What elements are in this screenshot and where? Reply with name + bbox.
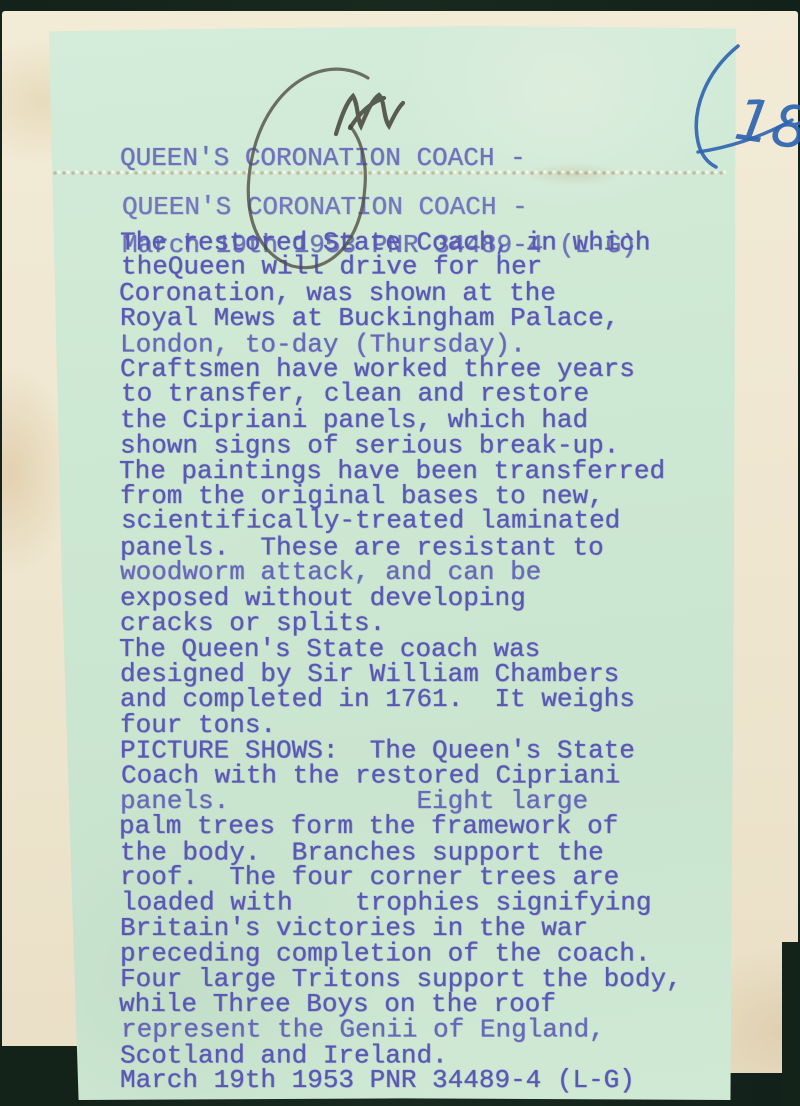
typed-line: represent the Genii of England, <box>121 1017 683 1042</box>
typed-line: Coach with the restored Cipriani <box>121 763 683 788</box>
typed-line: Scotland and Ireland. <box>120 1043 682 1068</box>
typed-line: four tons. <box>120 713 682 738</box>
typed-line: scientifically-treated laminated <box>121 509 683 534</box>
typed-line: London, to-day (Thursday). <box>120 332 682 357</box>
caption-title: QUEEN'S CORONATION COACH - <box>122 194 528 221</box>
caption-slip: QUEEN'S CORONATION COACH - March 19th 19… <box>44 26 736 1100</box>
mount-edge-bottom-left <box>0 1046 82 1106</box>
typed-line: The paintings have been transferred <box>119 459 681 484</box>
typed-line: Royal Mews at Buckingham Palace, <box>120 306 682 331</box>
typed-line: theQueen will drive for her <box>121 255 683 280</box>
typed-line: woodworm attack, and can be <box>120 560 682 585</box>
typed-line: loaded with trophies signifying <box>121 890 683 915</box>
typed-line: Coronation, was shown at the <box>119 281 681 306</box>
typed-line: Britain's victories in the war <box>120 916 682 941</box>
typed-line: palm trees form the framework of <box>119 814 681 839</box>
perforation-line <box>52 168 726 177</box>
typed-line: the body. Branches support the <box>120 840 682 865</box>
typed-line: and completed in 1761. It weighs <box>120 687 682 712</box>
caption-body: The restored State Coach, in whichtheQue… <box>120 230 682 1094</box>
typed-line: March 19th 1953 PNR 34489-4 (L-G) <box>120 1068 682 1093</box>
typed-line: The Queen's State coach was <box>119 637 681 662</box>
typed-line: preceding completion of the coach. <box>120 942 682 967</box>
typed-line: to transfer, clean and restore <box>121 382 683 407</box>
photo-caption-scan: QUEEN'S CORONATION COACH - March 19th 19… <box>0 0 800 1106</box>
mount-edge-right <box>782 942 800 1106</box>
typed-line: the Cipriani panels, which had <box>120 408 682 433</box>
